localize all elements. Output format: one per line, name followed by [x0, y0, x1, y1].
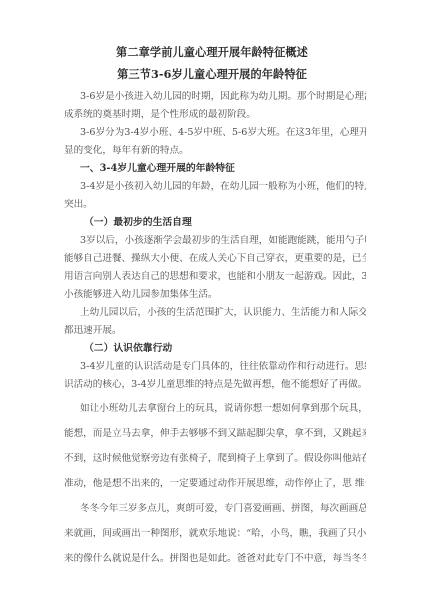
subsection-heading: （二）认识依靠行动 [84, 343, 172, 355]
subsection-heading: （一）最初步的生活自理 [84, 217, 192, 229]
paragraph-line: 冬冬今年三岁多点儿，爽朗可爱，专门喜爱画画、拼图，每次画画总是拿起 笔 [80, 503, 366, 515]
paragraph-line: 不到，这时候他觉察旁边有张椅子，爬到椅子上拿到了。假设你叫他站在 那儿想，不 [64, 453, 366, 465]
paragraph-line: 成系统的奠基时期，是个性形成的最初阶段。 [64, 109, 366, 121]
chapter-title: 第二章学前儿童心理开展年龄特征概述 [0, 44, 424, 60]
paragraph-line: 3岁以后，小孩逐渐学会最初步的生活自理，如能跑能跳，能用勺子吃饭。 [80, 235, 366, 247]
paragraph-line: 来的像什么就说是什么。拼图也是如此。爸爸对此专门不中意，每当冬冬要 画画了， [64, 553, 366, 565]
paragraph-line: 显的变化，每年有新的特点。 [64, 145, 366, 157]
paragraph-line: 识活动的核心，3-4岁儿童思维的特点是先做再想，他不能想好了再做。 [64, 379, 366, 391]
document-page: 第二章学前儿童心理开展年龄特征概述 第三节3-6岁儿童心理开展的年龄特征 3-6… [0, 0, 424, 600]
paragraph-line: 用语言向别人表达自己的思想和要求，也能和小朋友一起游戏。因此，3岁以后 [64, 271, 366, 283]
section-title: 第三节3-6岁儿童心理开展的年龄特征 [0, 66, 424, 82]
paragraph-line: 3-6岁是小孩进入幼儿园的时期，因此称为幼儿期。那个时期是心理活动形 [80, 91, 366, 103]
paragraph-line: 如让小班幼儿去拿窗台上的玩具，说请你想一想如何拿到那个玩具，他绝对 不 [80, 403, 366, 415]
paragraph-line: 上幼儿园以后，小孩的生活范围扩大，认识能力、生活能力和人际交往能力 [80, 307, 366, 319]
paragraph-line: 小孩能够进入幼儿园参加集体生活。 [64, 289, 366, 301]
paragraph-line: 突出。 [64, 199, 366, 211]
paragraph-line: 来就画，间或画出一种图形，就欢乐地说：“哈，小鸟，瞧，我画了只小鸟！” 画出 [64, 528, 366, 540]
paragraph-line: 能够自己进餐、操纵大小便、在成人关心下自己穿衣，更重要的是，已全然上能 [64, 253, 366, 265]
paragraph-line: 准动，他是想不出来的，一定要通过动作开展思维，动作停止了，思 维也就停止。 [64, 478, 366, 490]
paragraph-line: 能想，而是立马去拿，伸手去够够不到又踮起脚尖拿，拿不到，又跳起来拿， 依旧拿 [64, 428, 366, 440]
paragraph-line: 3-4岁是小孩初入幼儿园的年龄，在幼儿园一般称为小班，他们的特点专门 [80, 181, 366, 193]
paragraph-line: 3-6岁分为3-4岁小班、4-5岁中班、5-6岁大班。在这3年里，心理开展 有明 [80, 127, 366, 139]
paragraph-line: 3-4岁儿童的认识活动是专门具体的，往往依靠动作和行动进行。思维是认 [80, 361, 366, 373]
section-heading: 一、3-4岁儿童心理开展的年龄特征 [80, 163, 235, 175]
paragraph-line: 都迅速开展。 [64, 325, 366, 337]
